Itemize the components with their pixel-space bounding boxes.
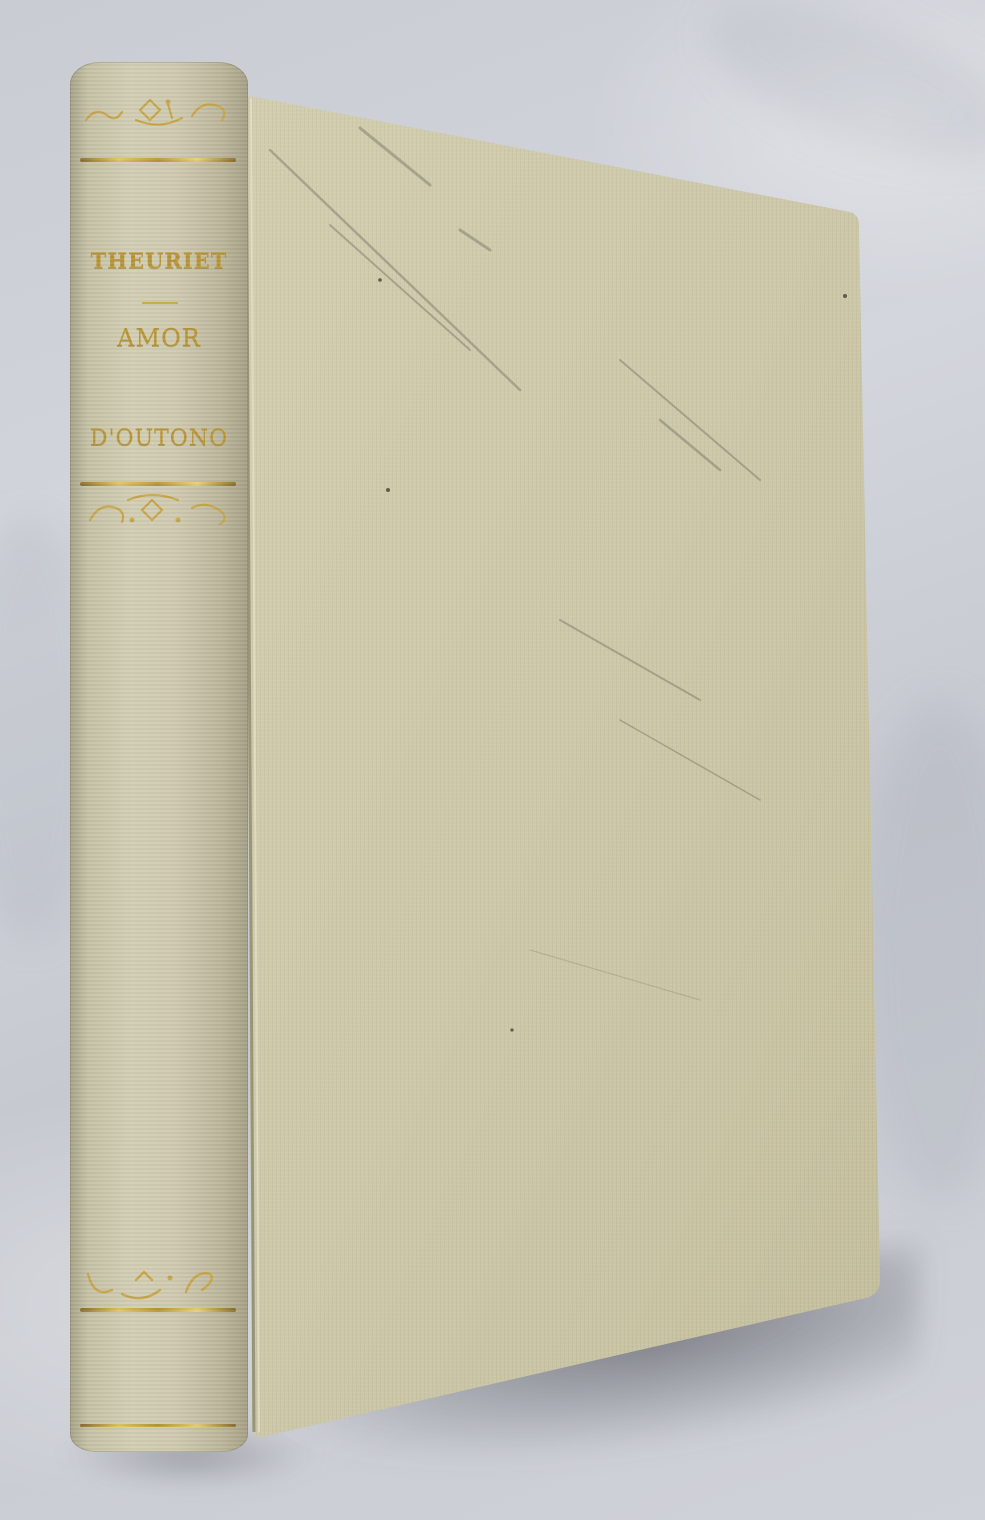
spine-title-line2: D'OUTONO (70, 426, 248, 451)
spine-author: THEURIET (70, 248, 248, 273)
photo-scene: THEURIET AMOR D'OUTONO (0, 0, 985, 1520)
middle-floral-ornament-icon (82, 490, 238, 530)
gilt-band (80, 158, 236, 162)
gilt-band (80, 1308, 236, 1312)
spine-title-line1: AMOR (70, 324, 248, 352)
spine-divider (142, 302, 178, 304)
top-floral-ornament-icon (82, 92, 238, 132)
book-spine: THEURIET AMOR D'OUTONO (70, 62, 248, 1452)
bottom-floral-ornament-icon (82, 1264, 238, 1304)
gilt-band (80, 482, 236, 486)
gilt-band (80, 1424, 236, 1427)
